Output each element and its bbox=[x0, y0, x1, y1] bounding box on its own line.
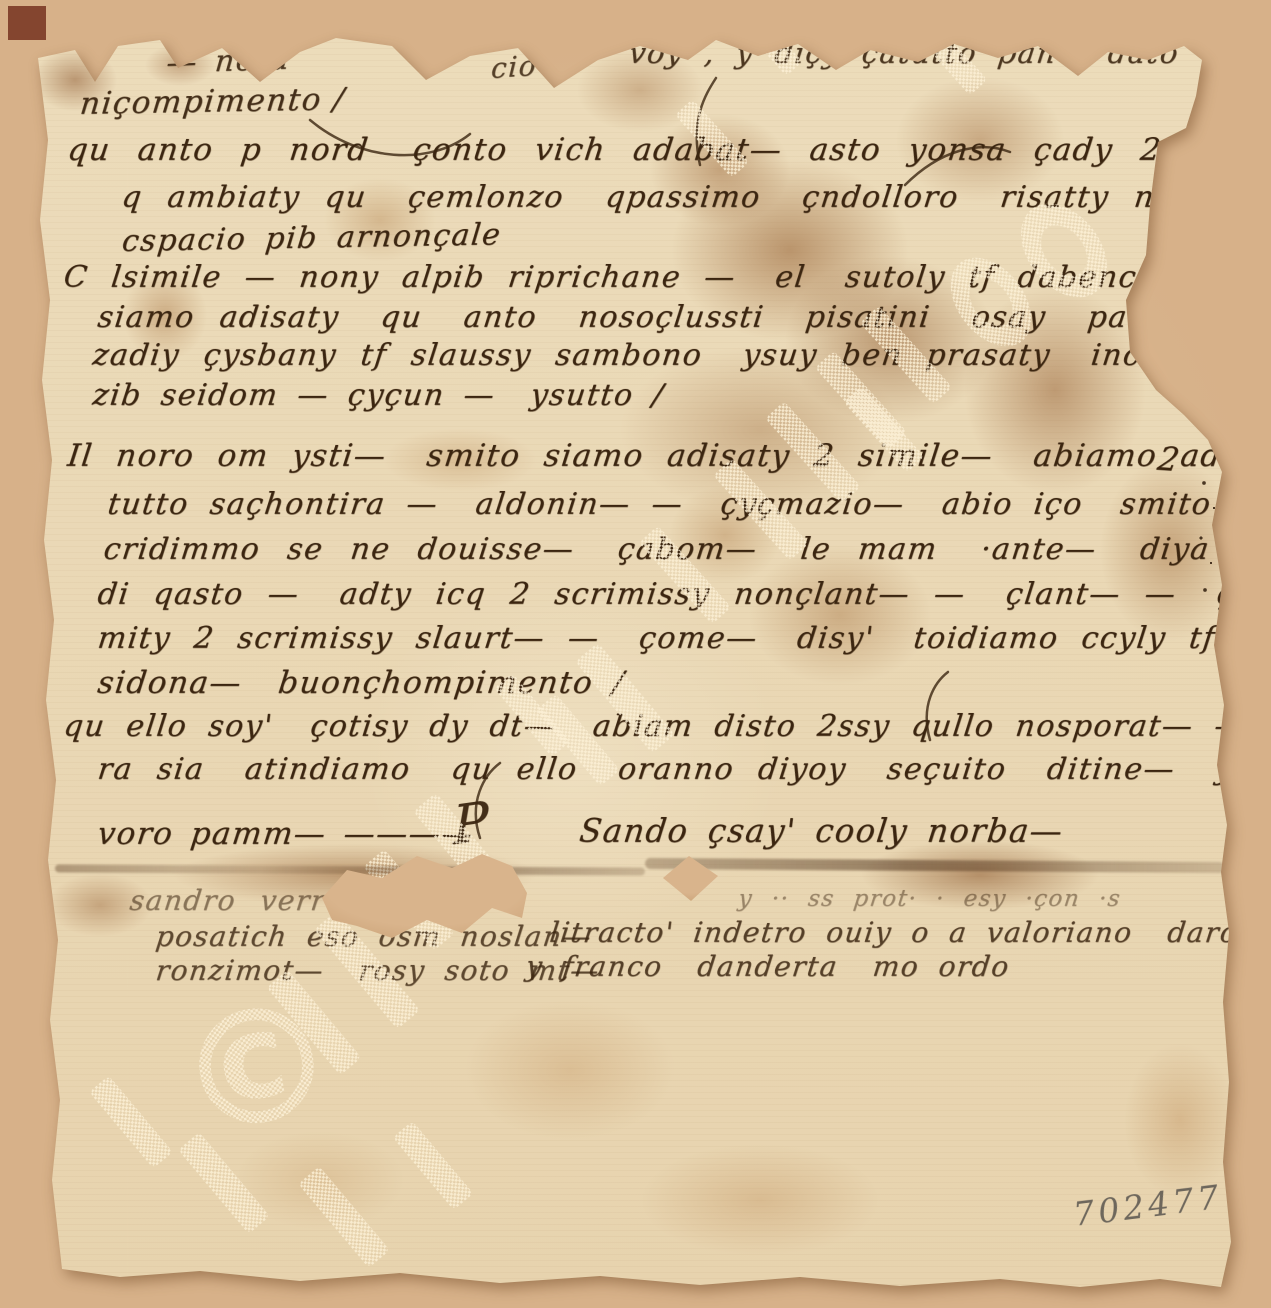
handwriting-line: Il noro om ysti— smito siamo adisaty 2 s… bbox=[66, 438, 1271, 474]
handwriting-line: qu anto p nord çonto vich adabat— asto y… bbox=[66, 132, 1271, 168]
handwriting-line: cspacio pib arnonçale bbox=[120, 217, 503, 259]
scan-background: — noracio· voy , y diçy çatutto pan— dat… bbox=[0, 0, 1271, 1308]
handwriting-line: zib seidom — çyçun — ysutto / bbox=[91, 378, 667, 413]
handwriting-line: cio bbox=[490, 49, 538, 85]
handwriting-line: sandro verro bbox=[128, 884, 346, 917]
watermark-stroke bbox=[298, 1166, 390, 1268]
manuscript-paper: — noracio· voy , y diçy çatutto pan— dat… bbox=[0, 0, 1271, 1308]
handwriting-line: q ambiaty qu çemlonzo qpassimo çndolloro… bbox=[120, 180, 1258, 215]
handwriting-line: ra sia atindiamo qu ello oranno diyoy se… bbox=[96, 752, 1271, 787]
handwriting-line: tutto saçhontira — aldonin— — çyçmazio— … bbox=[106, 487, 1271, 522]
handwriting-line: mity 2 scrimissy slaurt— — çome— disy' t… bbox=[96, 621, 1271, 656]
handwriting-line: voro pamm— ———— bbox=[96, 816, 476, 852]
ink-spatter bbox=[1192, 468, 1224, 603]
handwriting-line: sidona— buonçhompimento / bbox=[96, 665, 627, 701]
watermark-stroke bbox=[393, 1121, 474, 1210]
paper-wrap: — noracio· voy , y diçy çatutto pan— dat… bbox=[0, 0, 1271, 1308]
handwriting-line: y ·· ss prot· · esy ·çon ·s bbox=[737, 886, 1123, 912]
handwriting-line: litracto' indetro ouiy o a valoriano dar… bbox=[548, 916, 1271, 949]
tear-line-right bbox=[645, 858, 1225, 873]
handwriting-line: y franco danderta mo ordo bbox=[524, 950, 1012, 983]
handwriting-line: niçompimento / bbox=[78, 81, 347, 122]
copyright-watermark-icon: © bbox=[165, 977, 348, 1160]
handwriting-line: zadiy çysbany tf slaussy sambono ysuy be… bbox=[91, 338, 1260, 373]
handwriting-line: siamo adisaty qu anto nosoçlussti pisati… bbox=[96, 300, 1269, 335]
handwriting-line: · voy , y diçy çatutto pan— dato v. bbox=[596, 36, 1227, 70]
handwriting-line: — nora bbox=[165, 42, 292, 81]
handwriting-line: Sando çsay' cooly norba— bbox=[577, 812, 1065, 850]
watermark-stroke bbox=[89, 1075, 173, 1168]
archive-number-pencil: 702477 bbox=[1071, 1177, 1225, 1234]
